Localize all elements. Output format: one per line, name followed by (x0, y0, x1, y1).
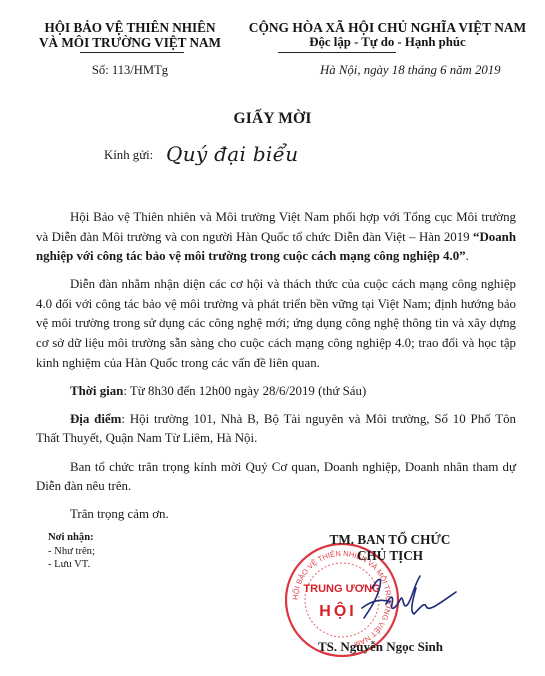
recipient-item: - Như trên; (48, 545, 95, 559)
paragraph-time: Thời gian: Từ 8h30 đến 12h00 ngày 28/6/2… (36, 382, 516, 402)
org-line-1: HỘI BẢO VỆ THIÊN NHIÊN (30, 20, 230, 35)
document-number: Số: 113/HMTg (30, 63, 230, 78)
signer-name: TS. Nguyễn Ngọc Sinh (318, 639, 443, 655)
signature-title-line2: CHỦ TỊCH (290, 548, 490, 564)
org-underline (80, 52, 184, 53)
greeting-recipient: Quý đại biểu (166, 142, 298, 166)
date-line: Hà Nội, ngày 18 tháng 6 năm 2019 (320, 63, 501, 78)
handwritten-signature-icon (350, 568, 460, 628)
place-label: Địa điểm (70, 412, 121, 426)
paragraph-thanks: Trân trọng cảm ơn. (36, 505, 516, 525)
org-line-2: VÀ MÔI TRƯỜNG VIỆT NAM (30, 35, 230, 50)
recipients-list: Nơi nhận: - Như trên; - Lưu VT. (48, 531, 95, 572)
greeting-label: Kính gửi: (104, 148, 153, 163)
paragraph-invite: Ban tổ chức trân trọng kính mời Quý Cơ q… (36, 458, 516, 497)
paragraph-objectives: Diễn đàn nhằm nhận diện các cơ hội và th… (36, 275, 516, 373)
signature-title-line1: TM. BAN TỔ CHỨC (290, 532, 490, 548)
time-value: : Từ 8h30 đến 12h00 ngày 28/6/2019 (thứ … (123, 384, 366, 398)
motto-underline (278, 52, 396, 53)
organization-name: HỘI BẢO VỆ THIÊN NHIÊN VÀ MÔI TRƯỜNG VIỆ… (30, 20, 230, 50)
country-line: CỘNG HÒA XÃ HỘI CHỦ NGHĨA VIỆT NAM (230, 20, 545, 35)
signature-block: TM. BAN TỔ CHỨC CHỦ TỊCH (290, 532, 490, 563)
time-label: Thời gian (70, 384, 123, 398)
document-title: GIẤY MỜI (0, 110, 545, 128)
national-heading: CỘNG HÒA XÃ HỘI CHỦ NGHĨA VIỆT NAM Độc l… (230, 20, 545, 50)
motto-line: Độc lập - Tự do - Hạnh phúc (230, 35, 545, 50)
recipients-label: Nơi nhận: (48, 531, 95, 545)
recipient-item: - Lưu VT. (48, 558, 95, 572)
paragraph-place: Địa điểm: Hội trường 101, Nhà B, Bộ Tài … (36, 410, 516, 449)
letter-body: Hội Bảo vệ Thiên nhiên và Môi trường Việ… (36, 208, 516, 533)
paragraph-intro: Hội Bảo vệ Thiên nhiên và Môi trường Việ… (36, 208, 516, 267)
